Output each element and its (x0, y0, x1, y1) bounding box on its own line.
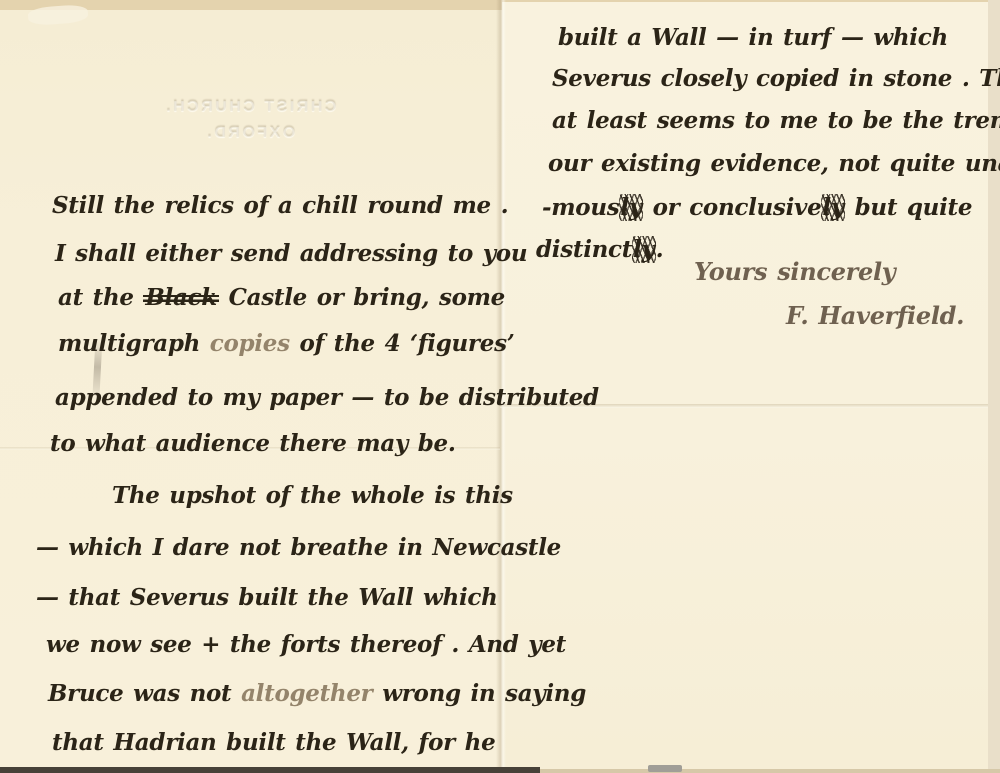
handwritten-line: at the Black Castle or bring, some (58, 282, 505, 314)
handwritten-line: I shall either send addressing to you (55, 238, 527, 270)
text-segment: but quite (845, 194, 972, 221)
letterhead-line2: OXFORD. (115, 120, 385, 146)
handwritten-line: — which I dare not breathe in Newcastle (36, 532, 561, 564)
text-segment: at the (58, 284, 143, 311)
text-segment: Yours sincerely (694, 257, 895, 286)
text-segment: Still the relics of a chill round me . (52, 192, 508, 219)
signature-name: F. Haverfield. (786, 300, 964, 332)
signature-closing: Yours sincerely (694, 256, 895, 288)
scribbled-suffix: ly (619, 194, 643, 221)
text-segment: — which I dare not breathe in Newcastle (36, 534, 561, 561)
text-segment: built a Wall — in turf — which (558, 24, 948, 51)
scan-edge-bottom-dark (0, 767, 540, 773)
embossed-letterhead: CHRIST CHURCH. OXFORD. (115, 94, 385, 146)
text-segment: Severus closely copied in stone . That (552, 65, 1000, 92)
handwritten-line: -mously or conclusively but quite (542, 192, 972, 224)
text-segment: . (656, 236, 664, 263)
handwritten-line: The upshot of the whole is this (112, 480, 513, 512)
scanned-letter: CHRIST CHURCH. OXFORD. Still the relics … (0, 0, 1000, 773)
struck-word: Black (143, 284, 219, 311)
scan-edge-bottom-light (540, 769, 1000, 773)
handwritten-line: distinctly. (536, 234, 663, 266)
text-segment: our existing evidence, not quite unani- (548, 150, 1000, 177)
text-segment: wrong in saying (373, 680, 587, 707)
handwritten-line: we now see + the forts thereof . And yet (46, 629, 566, 661)
handwritten-line: built a Wall — in turf — which (558, 22, 948, 54)
handwritten-line: multigraph copies of the 4 ‘figures’ (58, 328, 514, 360)
handwritten-line: to what audience there may be. (50, 428, 456, 460)
handwritten-line: appended to my paper — to be distributed (55, 382, 599, 414)
text-segment: distinct (536, 236, 632, 263)
handwritten-line: at least seems to me to be the trend of (552, 105, 1000, 137)
scribbled-suffix: ly (821, 194, 845, 221)
text-segment: Bruce was not (48, 680, 241, 707)
text-segment: I shall either send addressing to you (55, 240, 527, 267)
text-segment: we now see + the forts thereof . And yet (46, 631, 566, 658)
letterhead-line1: CHRIST CHURCH. (115, 94, 385, 120)
text-segment: at least seems to me to be the trend of (552, 107, 1000, 134)
text-segment: to what audience there may be. (50, 430, 456, 457)
handwritten-line: Bruce was not altogether wrong in saying (48, 678, 586, 710)
handwritten-line: Still the relics of a chill round me . (52, 190, 508, 222)
scan-edge-blob (648, 765, 682, 772)
text-segment: F. Haverfield. (786, 301, 964, 330)
text-segment: The upshot of the whole is this (112, 482, 513, 509)
faded-word: copies (210, 330, 290, 357)
faded-word: altogether (241, 680, 372, 707)
handwritten-line: that Hadrian built the Wall, for he (52, 727, 495, 759)
scribbled-suffix: ly (632, 236, 656, 263)
text-segment: appended to my paper — to be distributed (55, 384, 599, 411)
handwritten-line: Severus closely copied in stone . That (552, 63, 1000, 95)
text-segment: Castle or bring, some (219, 284, 505, 311)
text-segment: -mous (542, 194, 619, 221)
handwritten-line: our existing evidence, not quite unani- (548, 148, 1000, 180)
text-segment: of the 4 ‘figures’ (290, 330, 515, 357)
text-segment: or conclusive (643, 194, 822, 221)
text-segment: — that Severus built the Wall which (36, 584, 498, 611)
text-segment: that Hadrian built the Wall, for he (52, 729, 495, 756)
text-segment: multigraph (58, 330, 210, 357)
handwritten-line: — that Severus built the Wall which (36, 582, 498, 614)
